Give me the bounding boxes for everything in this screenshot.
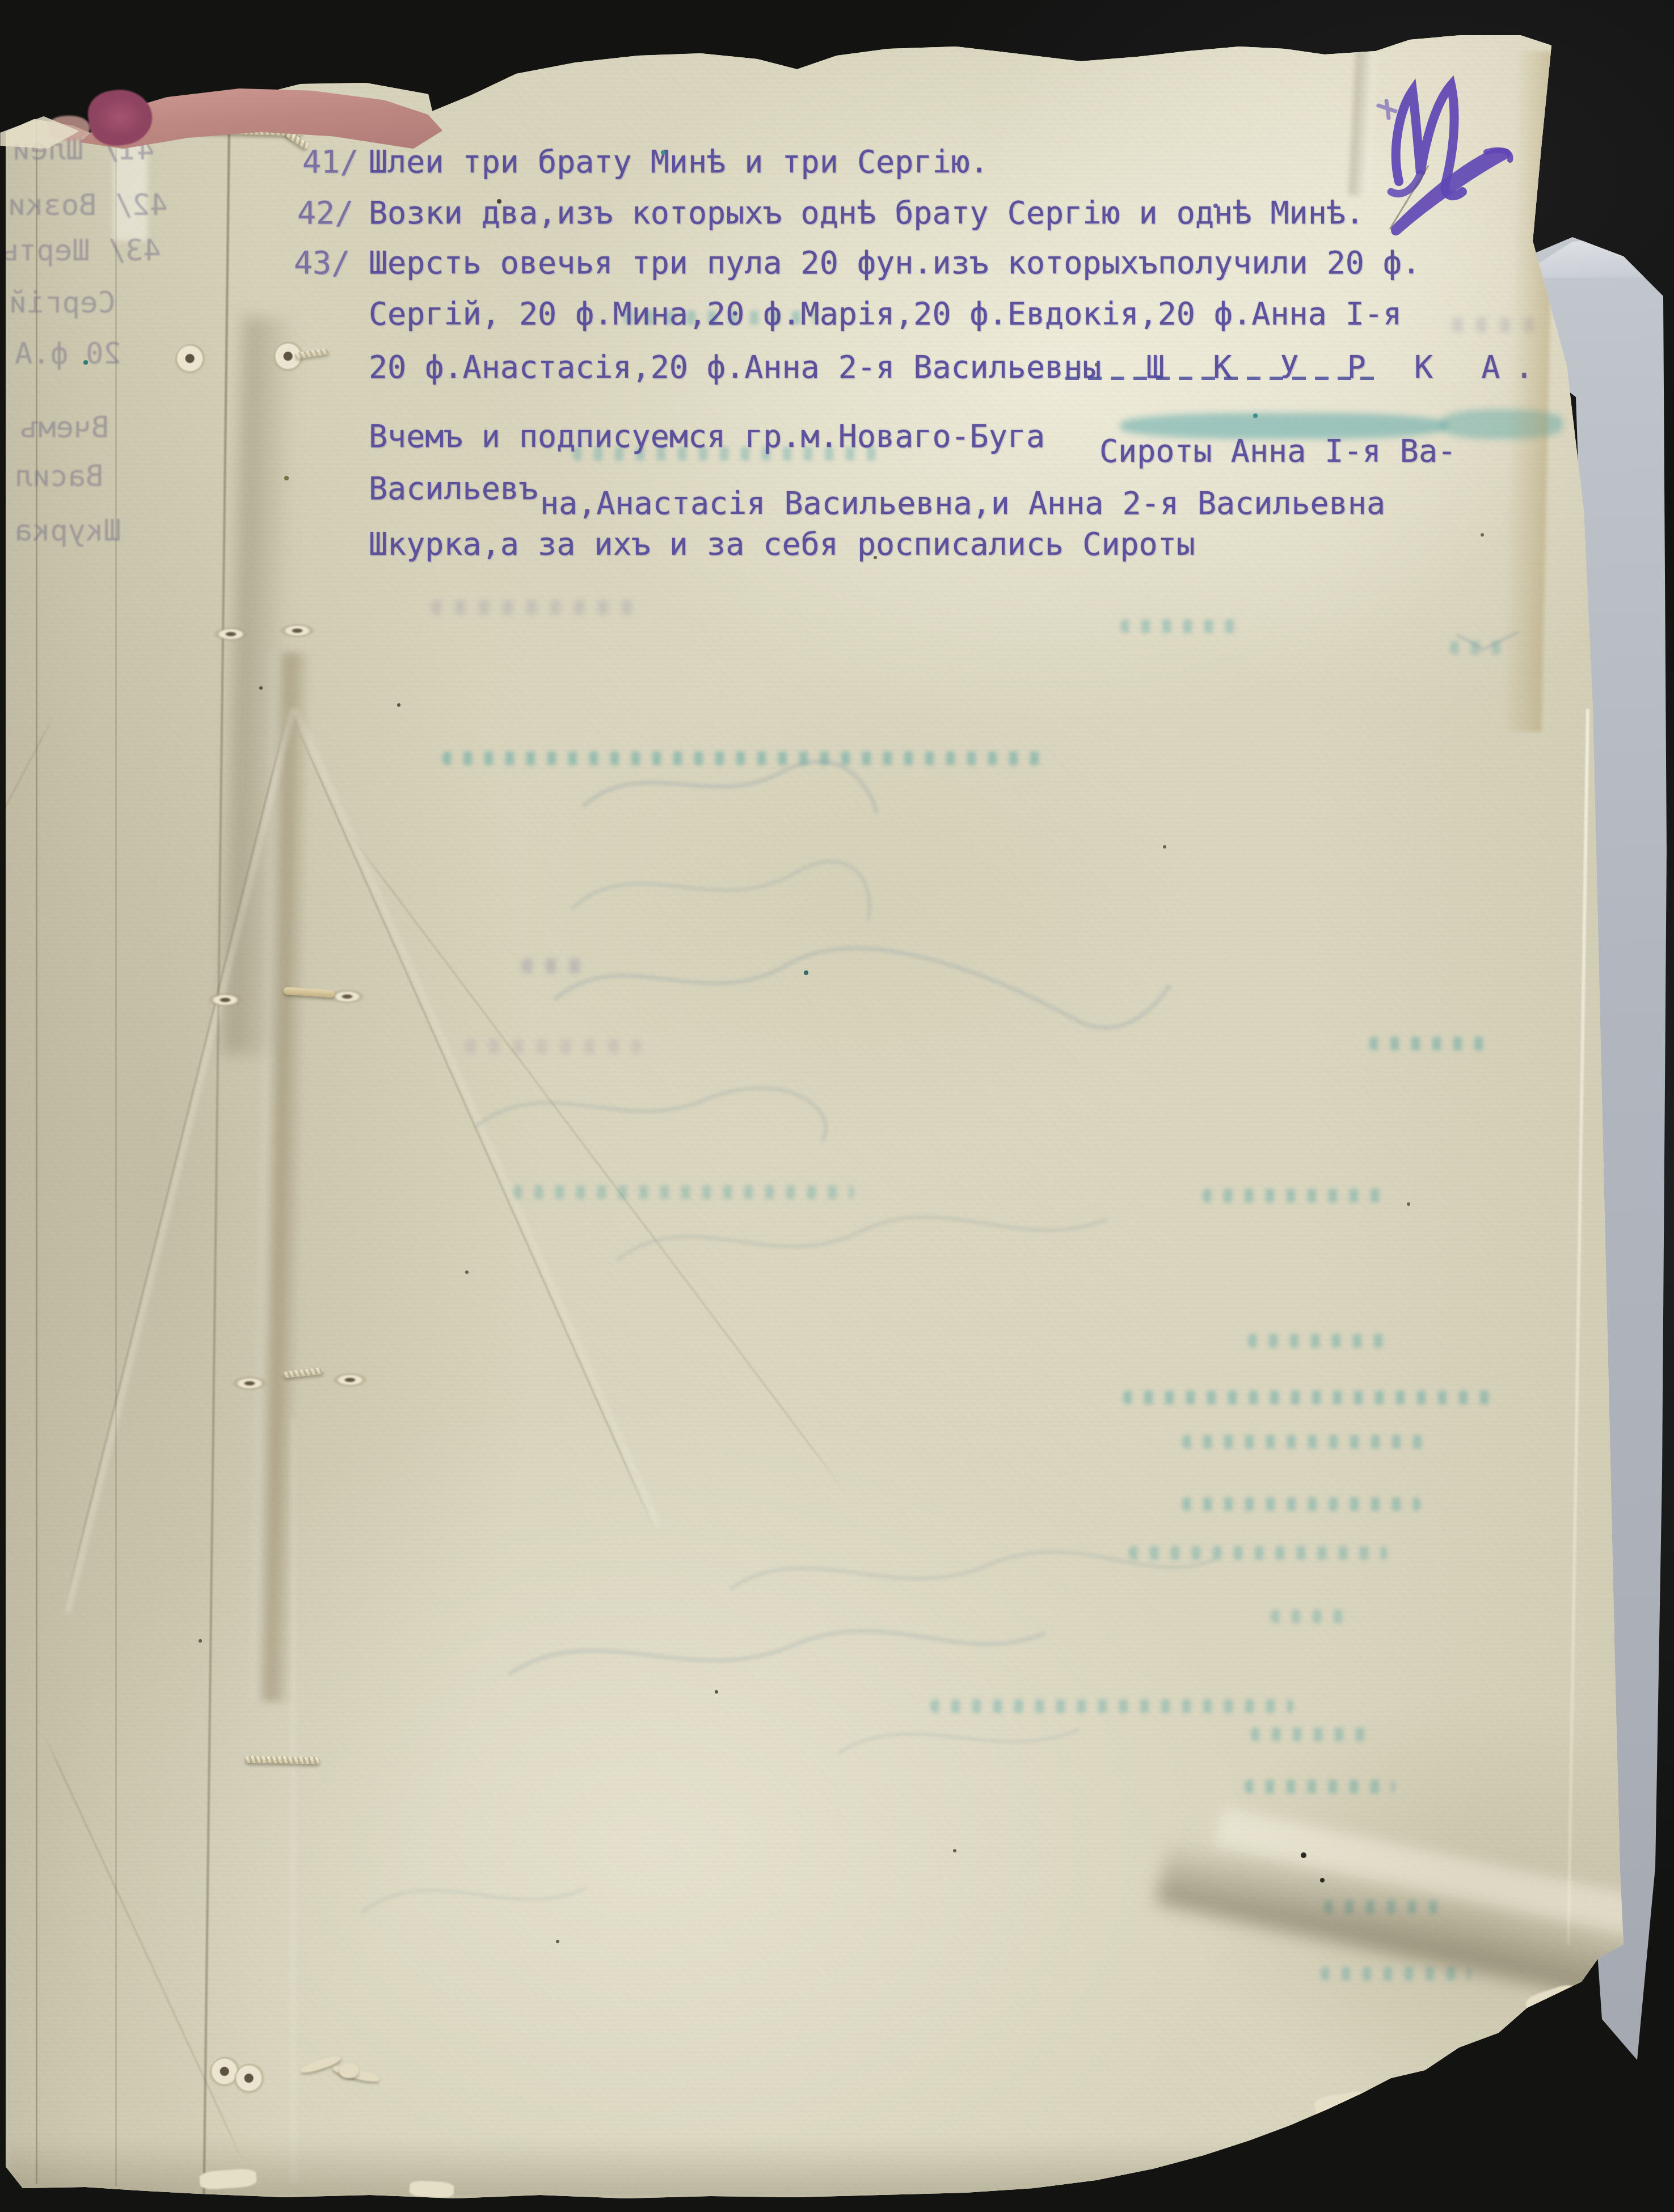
thread-knot bbox=[339, 2063, 359, 2078]
short-crease bbox=[0, 717, 54, 988]
mirrored-fragment: 43/ Шерть bbox=[1, 236, 161, 265]
mirrored-fragment: 42/ Возки bbox=[8, 191, 168, 220]
ink-bleed bbox=[1321, 1967, 1471, 1981]
mirrored-fragment: Вчемъ bbox=[20, 413, 109, 442]
typed-line-43-cont1: Сергій, 20 ф.Мина,20 ф.Марія,20 ф.Евдокі… bbox=[369, 298, 1402, 330]
ink-bleed-faint bbox=[522, 959, 584, 973]
ink-bleed bbox=[1203, 1189, 1387, 1202]
bottom-left-crease bbox=[44, 1736, 244, 2163]
torn-edge-bit bbox=[409, 2180, 454, 2198]
ink-bleed bbox=[1271, 1610, 1347, 1623]
ink-bleed bbox=[1369, 1037, 1494, 1050]
right-edge-tan bbox=[1502, 50, 1555, 732]
bottom-edge-shadow bbox=[6, 2138, 1424, 2201]
page-left-edge-line bbox=[115, 145, 117, 2186]
sewing-slit bbox=[332, 1373, 368, 1387]
item-number: 42/ bbox=[297, 197, 353, 229]
typed-closing-line1: Вчемъ и подписуемся гр.м.Новаго-Буга bbox=[369, 421, 1045, 452]
typed-closing-line2-left: Васильевъ bbox=[369, 473, 538, 504]
typed-line-43: Шерсть овечья три пула 20 фун.изъ которы… bbox=[369, 247, 1420, 278]
mirrored-fragment: Васил bbox=[15, 462, 104, 491]
ink-bleed bbox=[1123, 1391, 1498, 1404]
typed-line-41: Шлеи три брату Минѣ и три Сергію. bbox=[369, 146, 989, 178]
right-edge-highlight bbox=[1567, 709, 1589, 1945]
ink-bleed bbox=[1129, 1546, 1387, 1560]
torn-corner-bit bbox=[1313, 2089, 1369, 2121]
mirrored-fragment: Шкурка bbox=[15, 516, 121, 546]
mirrored-fragment: Сергій bbox=[9, 288, 116, 318]
diagonal-crease bbox=[345, 828, 851, 1500]
ink-bleed bbox=[1251, 1728, 1367, 1741]
binding-fold-line bbox=[203, 81, 231, 2202]
diagonal-crease bbox=[62, 708, 289, 1614]
sewing-slit bbox=[213, 627, 249, 641]
ink-bleed bbox=[1120, 619, 1237, 633]
ink-bleed bbox=[442, 752, 1047, 765]
typed-closing-line3: Шкурка,а за ихъ и за себя росписались Си… bbox=[369, 529, 1195, 560]
typed-dashed-underline bbox=[1065, 377, 1378, 380]
ink-bleed bbox=[513, 1185, 854, 1199]
top-right-ripple bbox=[1348, 31, 1376, 196]
binding-thread-stitch bbox=[245, 1756, 320, 1764]
sewing-slit bbox=[279, 623, 315, 638]
thread-tuft bbox=[299, 2054, 341, 2075]
diagonal-crease bbox=[289, 710, 657, 1535]
ink-bleed bbox=[1182, 1497, 1420, 1511]
typed-line-43-cont2: 20 ф.Анастасія,20 ф.Анна 2-я Васильевны bbox=[369, 352, 1101, 383]
item-number: 41/ bbox=[302, 146, 359, 178]
sewing-hole bbox=[273, 341, 306, 377]
ink-bleed bbox=[1450, 641, 1504, 655]
ink-bleed bbox=[1182, 1435, 1426, 1449]
mirrored-fragment: 20 ф.А bbox=[15, 339, 121, 369]
torn-corner-bit bbox=[1443, 2045, 1511, 2084]
sewing-slit bbox=[207, 993, 243, 1007]
ink-bleed bbox=[930, 1699, 1293, 1713]
typed-closing-line1-right: Сироты Анна I-я Ва- bbox=[1099, 436, 1456, 467]
ink-bleed bbox=[1248, 1334, 1387, 1348]
torn-corner-bit bbox=[1524, 1982, 1580, 2020]
sewing-slit bbox=[231, 1376, 268, 1391]
sewing-hole bbox=[175, 344, 208, 379]
left-crease-line bbox=[36, 96, 37, 2184]
archive-page: 41/ Шлеи 42/ Возки 43/ Шерть Сергій 20 ф… bbox=[0, 0, 1674, 2212]
scanned-document: 41/ Шлеи 42/ Возки 43/ Шерть Сергій 20 ф… bbox=[0, 0, 1674, 2212]
typed-closing-line2-rest: на,Анастасія Васильевна,и Анна 2-я Васил… bbox=[540, 488, 1385, 519]
sewing-hole bbox=[234, 2063, 267, 2099]
sewing-slit bbox=[329, 989, 365, 1004]
ink-bleed-faint bbox=[431, 600, 641, 615]
ink-bleed bbox=[1245, 1780, 1395, 1793]
typed-line-42: Возки два,изъ которыхъ однѣ брату Сергію… bbox=[369, 197, 1364, 229]
item-number: 43/ bbox=[294, 247, 350, 278]
ink-bleed-faint bbox=[465, 1039, 641, 1054]
vertical-crease-highlight bbox=[291, 1418, 295, 2184]
